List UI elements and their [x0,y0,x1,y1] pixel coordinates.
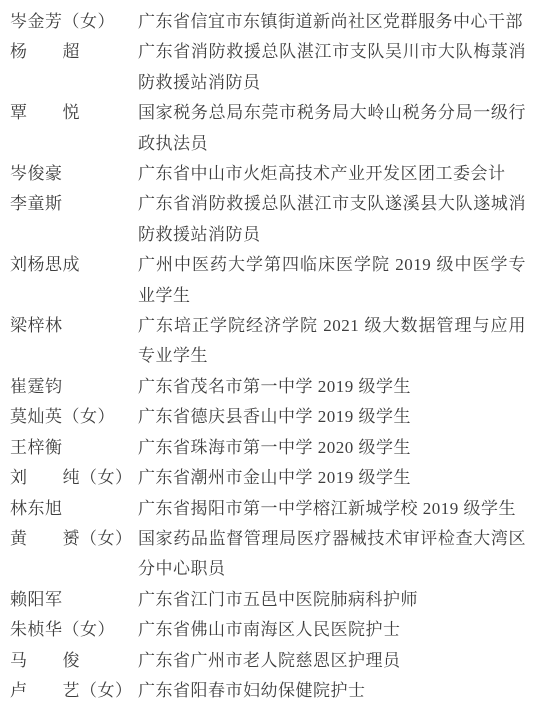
list-item: 李童斯 广东省消防救援总队湛江市支队遂溪县大队遂城消防救援站消防员 [10,189,539,250]
list-item: 林东旭 广东省揭阳市第一中学榕江新城学校 2019 级学生 [10,494,539,524]
list-item: 刘杨思成 广州中医药大学第四临床医学院 2019 级中医学专业学生 [10,250,539,311]
person-affiliation: 广东省消防救援总队湛江市支队吴川市大队梅菉消防救援站消防员 [138,37,526,98]
list-item: 刘 纯（女） 广东省潮州市金山中学 2019 级学生 [10,463,539,493]
person-affiliation: 广东省珠海市第一中学 2020 级学生 [138,433,526,463]
list-item: 卢 艺（女） 广东省阳春市妇幼保健院护士 [10,676,539,706]
roster-list: 岑金芳（女） 广东省信宜市东镇街道新尚社区党群服务中心干部 杨 超 广东省消防救… [10,7,539,706]
person-name: 马 俊 [10,646,138,676]
person-affiliation: 国家药品监督管理局医疗器械技术审评检查大湾区分中心职员 [138,524,526,585]
list-item: 朱桢华（女） 广东省佛山市南海区人民医院护士 [10,615,539,645]
person-affiliation: 广东省阳春市妇幼保健院护士 [138,676,526,706]
person-affiliation: 国家税务总局东莞市税务局大岭山税务分局一级行政执法员 [138,98,526,159]
list-item: 杨 超 广东省消防救援总队湛江市支队吴川市大队梅菉消防救援站消防员 [10,37,539,98]
person-name: 林东旭 [10,494,138,524]
person-name: 覃 悦 [10,98,138,128]
person-affiliation: 广东省茂名市第一中学 2019 级学生 [138,372,526,402]
person-affiliation: 广州中医药大学第四临床医学院 2019 级中医学专业学生 [138,250,526,311]
list-item: 梁梓林 广东培正学院经济学院 2021 级大数据管理与应用专业学生 [10,311,539,372]
list-item: 覃 悦 国家税务总局东莞市税务局大岭山税务分局一级行政执法员 [10,98,539,159]
person-name: 莫灿英（女） [10,402,138,432]
person-name: 朱桢华（女） [10,615,138,645]
person-name: 刘杨思成 [10,250,138,280]
roster-page: 岑金芳（女） 广东省信宜市东镇街道新尚社区党群服务中心干部 杨 超 广东省消防救… [0,0,539,706]
list-item: 王梓衡 广东省珠海市第一中学 2020 级学生 [10,433,539,463]
person-name: 李童斯 [10,189,138,219]
person-affiliation: 广东省揭阳市第一中学榕江新城学校 2019 级学生 [138,494,526,524]
person-name: 岑俊豪 [10,159,138,189]
list-item: 黄 赟（女） 国家药品监督管理局医疗器械技术审评检查大湾区分中心职员 [10,524,539,585]
person-name: 梁梓林 [10,311,138,341]
person-affiliation: 广东省江门市五邑中医院肺病科护师 [138,585,526,615]
person-name: 杨 超 [10,37,138,67]
list-item: 岑金芳（女） 广东省信宜市东镇街道新尚社区党群服务中心干部 [10,7,539,37]
person-name: 卢 艺（女） [10,676,138,706]
person-name: 王梓衡 [10,433,138,463]
person-name: 崔霆钧 [10,372,138,402]
list-item: 崔霆钧 广东省茂名市第一中学 2019 级学生 [10,372,539,402]
person-name: 黄 赟（女） [10,524,138,554]
person-affiliation: 广东省消防救援总队湛江市支队遂溪县大队遂城消防救援站消防员 [138,189,526,250]
list-item: 马 俊 广东省广州市老人院慈恩区护理员 [10,646,539,676]
person-affiliation: 广东省德庆县香山中学 2019 级学生 [138,402,526,432]
person-name: 赖阳军 [10,585,138,615]
list-item: 岑俊豪 广东省中山市火炬高技术产业开发区团工委会计 [10,159,539,189]
list-item: 莫灿英（女） 广东省德庆县香山中学 2019 级学生 [10,402,539,432]
person-affiliation: 广东省中山市火炬高技术产业开发区团工委会计 [138,159,526,189]
person-name: 岑金芳（女） [10,7,138,37]
person-affiliation: 广东省信宜市东镇街道新尚社区党群服务中心干部 [138,7,526,37]
person-affiliation: 广东省佛山市南海区人民医院护士 [138,615,526,645]
person-affiliation: 广东省潮州市金山中学 2019 级学生 [138,463,526,493]
person-affiliation: 广东省广州市老人院慈恩区护理员 [138,646,526,676]
list-item: 赖阳军 广东省江门市五邑中医院肺病科护师 [10,585,539,615]
person-affiliation: 广东培正学院经济学院 2021 级大数据管理与应用专业学生 [138,311,526,372]
person-name: 刘 纯（女） [10,463,138,493]
